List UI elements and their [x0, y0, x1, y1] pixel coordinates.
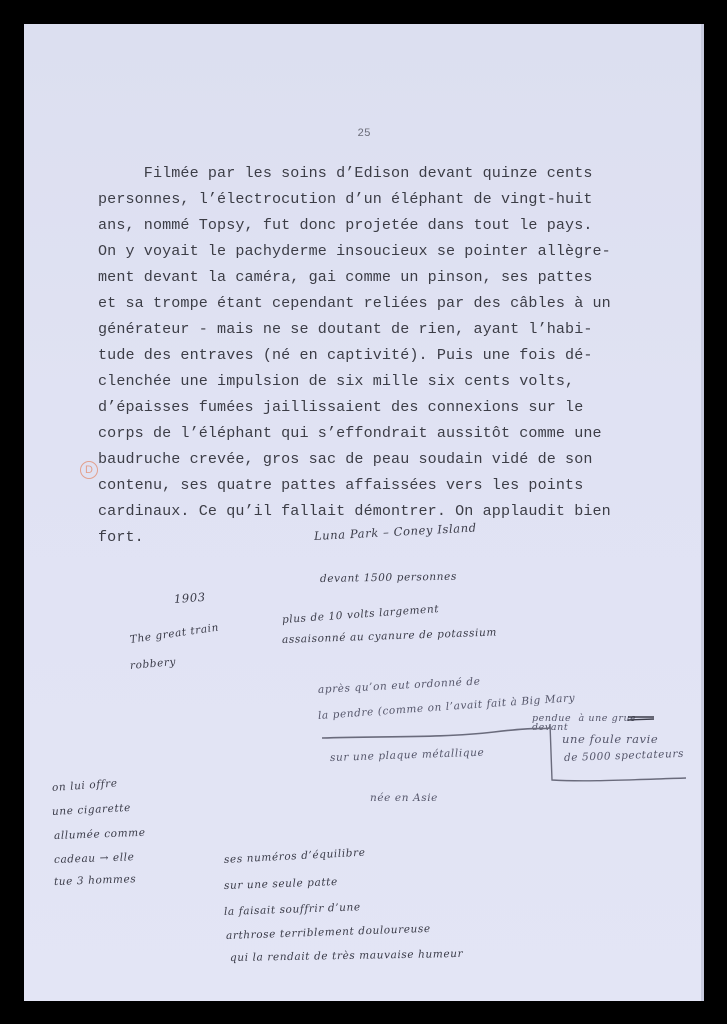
note-foule: une foule ravie	[562, 732, 658, 746]
note-bottom-5: qui la rendait de très mauvaise humeur	[230, 948, 463, 964]
typed-line: baudruche crevée, gros sac de peau souda…	[98, 446, 638, 472]
typed-line: Filmée par les soins d’Edison devant qui…	[98, 160, 638, 186]
typed-line: ans, nommé Topsy, fut donc projetée dans…	[98, 212, 638, 238]
typed-paragraph: Filmée par les soins d’Edison devant qui…	[98, 160, 638, 550]
typed-line: générateur - mais ne se doutant de rien,…	[98, 316, 638, 342]
note-left-1: on lui offre	[52, 777, 118, 794]
note-left-5: tue 3 hommes	[54, 873, 137, 888]
typed-line: clenchée une impulsion de six mille six …	[98, 368, 638, 394]
typed-line: On y voyait le pachyderme insoucieux se …	[98, 238, 638, 264]
typed-line: tude des entraves (né en captivité). Pui…	[98, 342, 638, 368]
typed-line: contenu, ses quatre pattes affaissées ve…	[98, 472, 638, 498]
typed-line: d’épaisses fumées jaillissaient des conn…	[98, 394, 638, 420]
note-bottom-1: ses numéros d’équilibre	[224, 847, 366, 866]
note-robbery: robbery	[129, 656, 176, 672]
note-bottom-4: arthrose terriblement douloureuse	[226, 923, 431, 942]
note-assaisonne: assaisonné au cyanure de potassium	[282, 626, 497, 645]
note-bottom-2: sur une seule patte	[224, 876, 338, 892]
note-spectateurs: de 5000 spectateurs	[564, 748, 684, 764]
note-plus-de-volts: plus de 10 volts largement	[282, 603, 440, 626]
typed-line: corps de l’éléphant qui s’effondrait aus…	[98, 420, 638, 446]
typed-line: et sa trompe étant cependant reliées par…	[98, 290, 638, 316]
note-great-train: The great train	[129, 622, 220, 646]
circled-d-margin-mark: D	[80, 461, 98, 479]
note-plaque: sur une plaque métallique	[330, 747, 485, 764]
note-left-2: une cigarette	[52, 802, 132, 818]
note-nee-en-asie: née en Asie	[370, 792, 438, 804]
note-bottom-3: la faisait souffrir d’une	[224, 901, 361, 918]
typed-line: ment devant la caméra, gai comme un pins…	[98, 264, 638, 290]
note-left-4: cadeau → elle	[54, 851, 135, 866]
note-year: 1903	[174, 590, 207, 606]
typed-line: cardinaux. Ce qu’il fallait démontrer. O…	[98, 498, 638, 524]
page-number: 25	[24, 128, 704, 140]
note-apres: après qu’on eut ordonné de	[318, 675, 481, 695]
note-left-3: allumée comme	[54, 827, 146, 842]
note-devant-1500: devant 1500 personnes	[320, 571, 457, 585]
typed-line: personnes, l’électrocution d’un éléphant…	[98, 186, 638, 212]
manuscript-page: 25 Filmée par les soins d’Edison devant …	[24, 24, 704, 1001]
